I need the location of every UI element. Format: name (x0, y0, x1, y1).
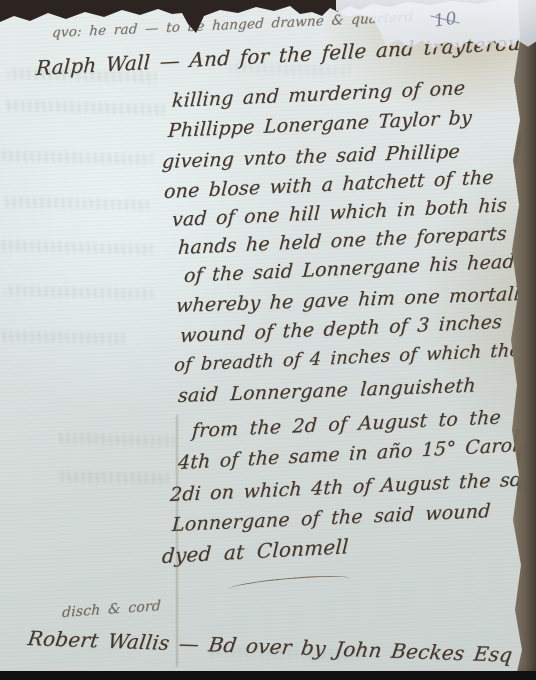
ink-bleedthrough (2, 330, 124, 344)
manuscript-line: of the said Lonnergane his head (183, 253, 515, 287)
ink-bleedthrough (4, 285, 152, 300)
photo-bottom-border (0, 671, 536, 680)
clonmell-underline-flourish (228, 573, 350, 590)
ink-bleedthrough (2, 150, 152, 165)
paper-fold-crease (176, 415, 178, 667)
ink-bleedthrough (6, 196, 148, 211)
clerk-signature-line: Robert Wallis — Bd over by John Beckes E… (27, 628, 514, 665)
manuscript-line: Lonnergane of the said wound (171, 502, 491, 535)
manuscript-line: dyed at Clonmell (161, 536, 349, 566)
manuscript-line: Phillippe Lonergane Taylor by (167, 109, 472, 141)
manuscript-line: from the 2d of August to the (191, 408, 501, 441)
discharge-annotation: disch & cord (62, 599, 161, 620)
sentence-annotation: qvo: he rad — to be hanged drawne & quar… (52, 11, 414, 40)
ink-bleedthrough (4, 100, 164, 115)
ink-bleedthrough (0, 240, 152, 255)
manuscript-line: giveing vnto the said Phillipe (161, 143, 460, 172)
manuscript-line: wound of the depth of 3 inches (179, 313, 502, 346)
ink-bleedthrough (60, 471, 168, 485)
ink-bleedthrough (8, 68, 156, 83)
manuscript-line: vad of one hill which in both his (171, 196, 507, 230)
manuscript-line: one blose with a hatchett of the (163, 169, 494, 202)
manuscript-line: whereby he gave him one mortall (175, 285, 520, 316)
ink-bleedthrough (230, 62, 350, 76)
manuscript-line: killing and murdering of one (171, 79, 465, 111)
manuscript-line: said Lonnergane languisheth (177, 377, 476, 406)
manuscript-line: 2di on which 4th of August the sd (169, 471, 522, 505)
ink-bleedthrough (56, 432, 174, 446)
ink-bleedthrough (210, 646, 360, 661)
manuscript-line: hands he held one the foreparts (177, 225, 507, 258)
manuscript-line: of breadth of 4 inches of which the (173, 342, 520, 375)
manuscript-photo: qvo: he rad — to be hanged drawne & quar… (0, 0, 536, 680)
manuscript-page: qvo: he rad — to be hanged drawne & quar… (0, 0, 536, 672)
manuscript-line: 4th of the same in año 15° Carol (178, 436, 520, 473)
